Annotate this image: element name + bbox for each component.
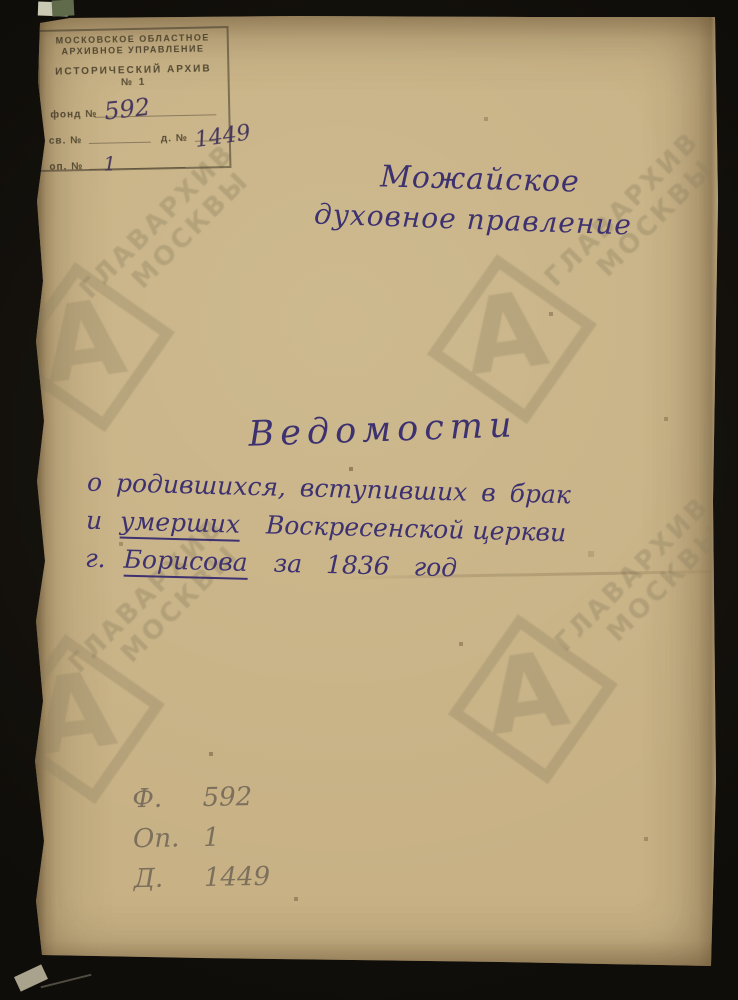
stamp-delo-label: д. № bbox=[161, 133, 188, 145]
subtitle-line-3-rest: за 1836 год bbox=[273, 549, 457, 583]
subtitle-line-2-word-1: и bbox=[86, 506, 103, 535]
paper-specks bbox=[30, 13, 32, 15]
watermark-logo-letter: А bbox=[444, 623, 609, 763]
stamp-svyazka-rule bbox=[89, 142, 151, 144]
subtitle-line-3-word-1: г. bbox=[85, 544, 106, 574]
footer-row-value: 1 bbox=[203, 823, 220, 853]
scanned-document-page: ГЛАВАРХИВ МОСКВЫ А ГЛАВАРХИВ МОСКВЫ А ГЛ… bbox=[0, 0, 738, 1000]
stamp-svyazka-delo-row: св. № д. № 1449 bbox=[49, 121, 222, 151]
footer-row-label: Ф. bbox=[132, 778, 195, 819]
watermark-logo: А bbox=[439, 603, 616, 796]
footer-row: Ф. 592 bbox=[132, 777, 269, 819]
watermark-logo-letter: А bbox=[0, 643, 156, 783]
title-line-1: Можайское bbox=[380, 159, 580, 199]
footer-row-value: 1449 bbox=[204, 862, 271, 893]
stamp-opis-row: оп. № 1 bbox=[49, 147, 222, 177]
footer-row-value: 592 bbox=[202, 782, 252, 813]
stamp-opis-value: 1 bbox=[103, 151, 116, 175]
book-cover: ГЛАВАРХИВ МОСКВЫ А ГЛАВАРХИВ МОСКВЫ А ГЛ… bbox=[30, 13, 720, 975]
footer-row: Д. 1449 bbox=[133, 857, 270, 899]
title-line-2: духовное правление bbox=[313, 197, 632, 241]
scan-scratch bbox=[41, 974, 92, 989]
stamp-org-line-2: АРХИВНОЕ УПРАВЛЕНИЕ bbox=[47, 43, 219, 58]
stamp-archive-line: ИСТОРИЧЕСКИЙ АРХИВ № 1 bbox=[47, 63, 219, 91]
footer-row-label: Д. bbox=[133, 858, 196, 899]
watermark-logo-letter: А bbox=[1, 271, 166, 411]
stamp-fond-value: 592 bbox=[103, 93, 152, 126]
subtitle-line-2-rest: Воскресенской церкви bbox=[266, 510, 567, 547]
footer-archive-code: Ф. 592 Оп. 1 Д. 1449 bbox=[132, 777, 271, 899]
watermark-logo-letter: А bbox=[423, 263, 588, 403]
footer-row: Оп. 1 bbox=[133, 817, 270, 859]
subtitle-line-3-word-2: Борисова bbox=[123, 545, 248, 580]
paper-sliver-top-green bbox=[52, 0, 75, 17]
heading-vedomosti: Ведомости bbox=[248, 405, 518, 454]
subtitle-block: о родившихся, вступивших в брак и умерши… bbox=[85, 464, 572, 591]
footer-row-label: Оп. bbox=[133, 818, 196, 859]
archive-stamp: МОСКОВСКОЕ ОБЛАСТНОЕ АРХИВНОЕ УПРАВЛЕНИЕ… bbox=[37, 26, 232, 172]
page-edge-highlight bbox=[711, 13, 720, 975]
stamp-fond-row: фонд № 592 bbox=[48, 95, 221, 125]
stamp-fond-label: фонд № bbox=[50, 109, 97, 121]
watermark-logo: А bbox=[0, 251, 174, 444]
stamp-opis-label: оп. № bbox=[49, 161, 83, 173]
stamp-svyazka-label: св. № bbox=[49, 135, 83, 147]
subtitle-line-2-word-2: умерших bbox=[120, 507, 241, 542]
